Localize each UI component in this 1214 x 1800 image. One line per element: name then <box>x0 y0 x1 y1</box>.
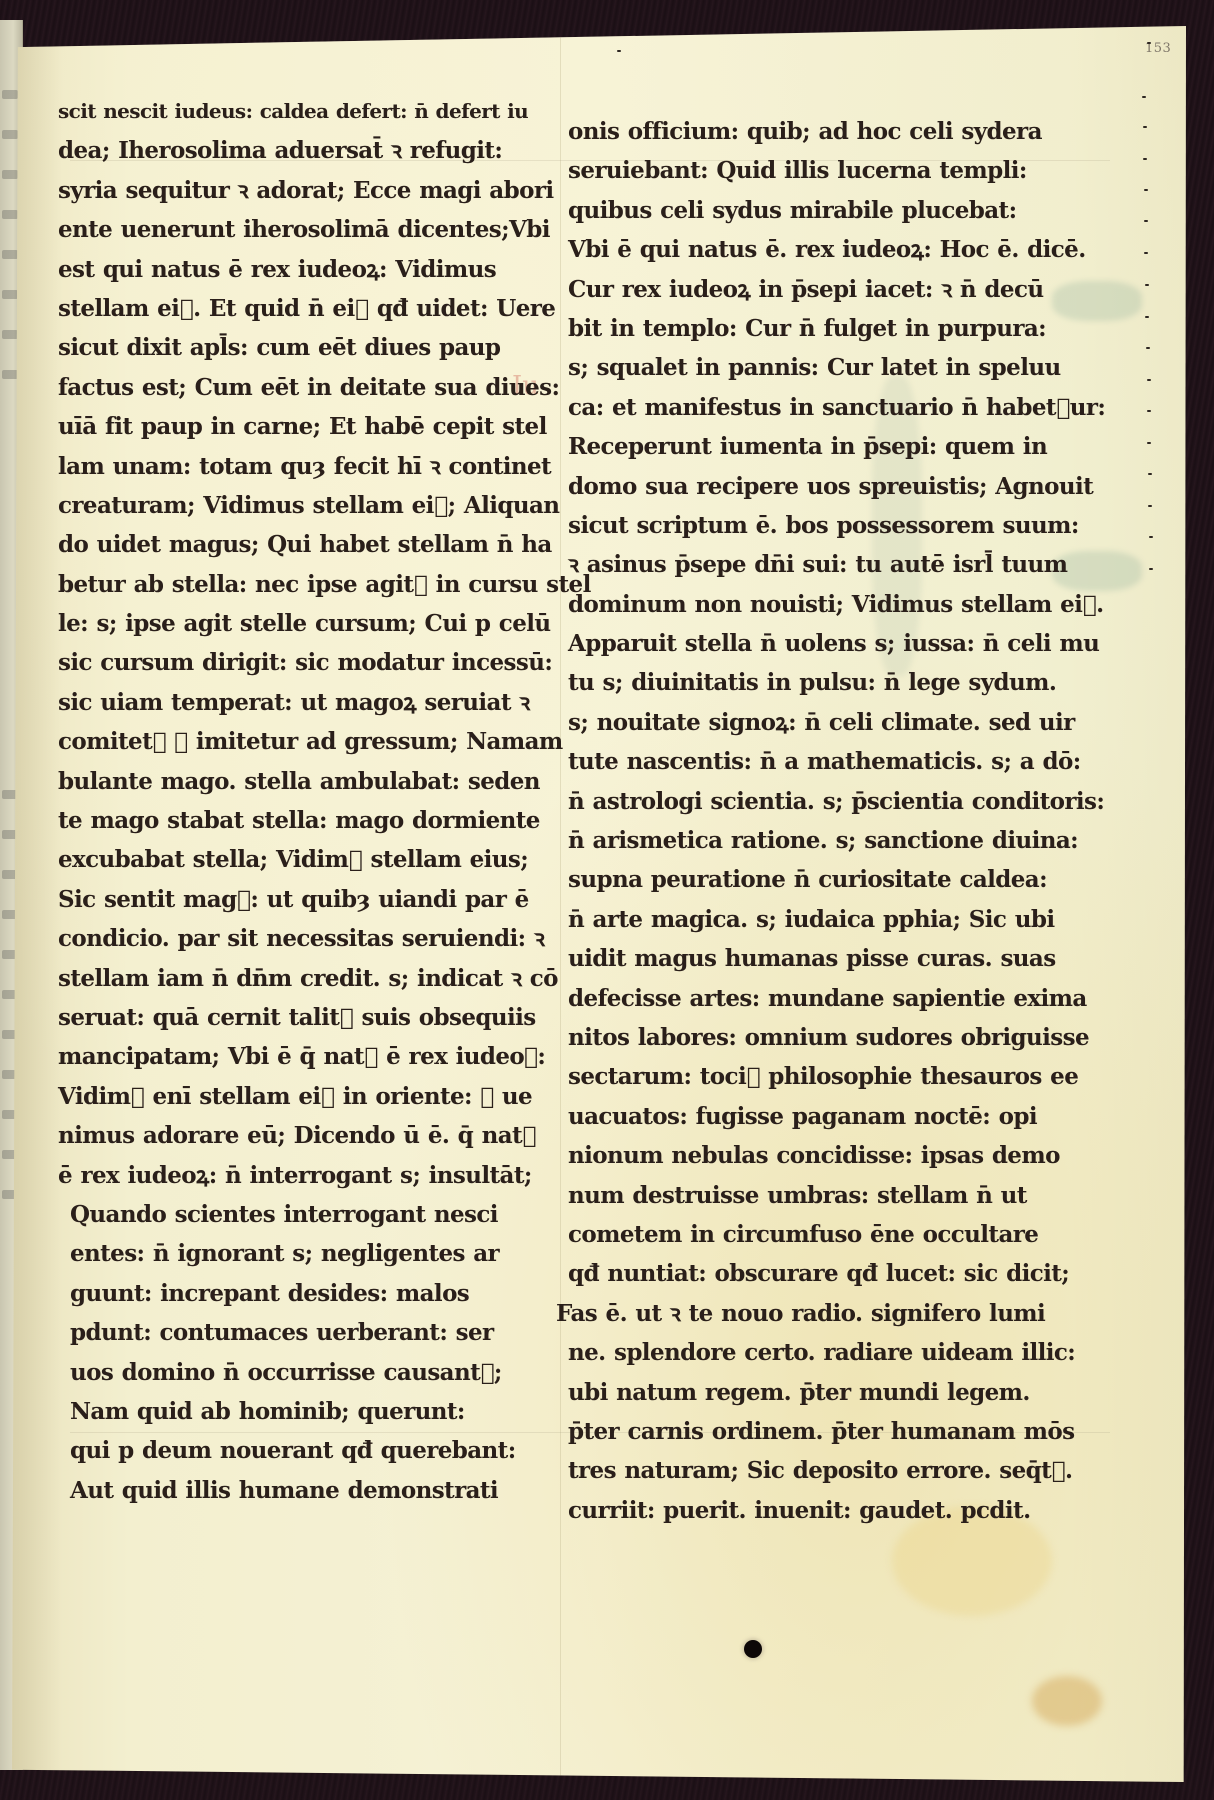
text-line: factus est; Cum eēt in deitate sua diues… <box>58 368 528 407</box>
text-line: sicut dixit apl̄s: cum eēt diues paup <box>58 328 528 367</box>
text-line: Vidim᷒ enī stellam ei᷒ in oriente: ꝛ ue <box>58 1077 528 1116</box>
text-line: tres naturam; Sic deposito errore. seq̄t… <box>556 1451 1056 1490</box>
text-line: onis officium: quib; ad hoc celi sydera <box>556 112 1056 151</box>
text-line: defecisse artes: mundane sapientie exima <box>556 979 1056 1018</box>
pricking-mark <box>1144 252 1148 254</box>
text-line: ubi natum regem. p̄ter mundi legem. <box>556 1373 1056 1412</box>
text-line: cometem in circumfuso ēne occultare <box>556 1215 1056 1254</box>
pricking-mark <box>617 50 621 52</box>
text-line: nitos labores: omnium sudores obriguisse <box>556 1018 1056 1057</box>
text-line: n̄ arte magica. s; iudaica pphia; Sic ub… <box>556 900 1056 939</box>
text-line: p̄ter carnis ordinem. p̄ter humanam mōs <box>556 1412 1056 1451</box>
green-offset-mark <box>1052 281 1142 321</box>
pricking-mark <box>1143 126 1147 128</box>
pricking-mark <box>1144 189 1148 191</box>
text-line: ē rex iudeoꝝ: n̄ interrogant s; insultāt… <box>58 1156 528 1195</box>
text-line: sic cursum dirigit: sic modatur incessū: <box>58 643 528 682</box>
text-line: ca: et manifestus in sanctuario n̄ habet… <box>556 388 1056 427</box>
text-line: s; nouitate signoꝝ: n̄ celi climate. sed… <box>556 703 1056 742</box>
text-line: pdunt: contumaces uerberant: ser <box>58 1313 528 1352</box>
text-line: sic uiam temperat: ut magoꝝ seruiat ꝛ <box>58 683 528 722</box>
pricking-mark <box>1149 568 1153 570</box>
binding-hole <box>744 1640 762 1658</box>
text-line: ꝛ asinus p̄sepe dn̄i sui: tu autē isrl̄ … <box>556 545 1056 584</box>
text-line: s; squalet in pannis: Cur latet in spelu… <box>556 348 1056 387</box>
pricking-mark <box>1143 158 1147 160</box>
show-through-text <box>2 250 18 259</box>
text-line: do uidet magus; Qui habet stellam n̄ ha <box>58 525 528 564</box>
pricking-mark <box>1147 410 1151 412</box>
text-line: tute nascentis: n̄ a mathematicis. s; a … <box>556 742 1056 781</box>
text-line: ne. splendore certo. radiare uideam illi… <box>556 1333 1056 1372</box>
pricking-mark <box>1145 284 1149 286</box>
text-line: Receperunt iumenta in p̄sepi: quem in <box>556 427 1056 466</box>
text-line: supna peuratione n̄ curiositate caldea: <box>556 860 1056 899</box>
text-line: comitet᷒ ꝛ imitetur ad gressum; Namam <box>58 722 528 761</box>
text-line: Cur rex iudeoꝝ in p̄sepi iacet: ꝛ n̄ dec… <box>556 270 1056 309</box>
text-line: Apparuit stella n̄ uolens s; iussa: n̄ c… <box>556 624 1056 663</box>
text-line: guunt: increpant desides: malos <box>58 1274 528 1313</box>
right-text-column: onis officium: quib; ad hoc celi sydera … <box>556 112 1056 1530</box>
text-line: betur ab stella: nec ipse agit᷒ in cursu… <box>58 565 528 604</box>
text-line: Nam quid ab hominib; querunt: <box>58 1392 528 1431</box>
text-line: n̄ arismetica ratione. s; sanctione diui… <box>556 821 1056 860</box>
show-through-text <box>2 90 18 99</box>
show-through-text <box>2 170 18 179</box>
text-line: domo sua recipere uos spreuistis; Agnoui… <box>556 467 1056 506</box>
pricking-mark <box>1148 505 1152 507</box>
gutter-shadow <box>12 26 62 1782</box>
pricking-mark <box>1142 96 1146 98</box>
text-line: Vbi ē qui natus ē. rex iudeoꝝ: Hoc ē. di… <box>556 230 1056 269</box>
pricking-mark <box>1147 42 1151 44</box>
text-line: condicio. par sit necessitas seruiendi: … <box>58 919 528 958</box>
text-line: ente uenerunt iherosolimā dicentes;Vbi <box>58 210 528 249</box>
text-line: uacuatos: fugisse paganam noctē: opi <box>556 1097 1056 1136</box>
text-line: num destruisse umbras: stellam n̄ ut <box>556 1176 1056 1215</box>
show-through-text <box>2 370 18 379</box>
text-line: qđ nuntiat: obscurare qđ lucet: sic dici… <box>556 1254 1056 1293</box>
text-line: seruat: quā cernit talit᷒ suis obsequiis <box>58 998 528 1037</box>
text-line: te mago stabat stella: mago dormiente <box>58 801 528 840</box>
text-line: dea; Iherosolima aduersat̄ ꝛ refugit: <box>58 131 528 170</box>
text-line: dominum non nouisti; Vidimus stellam ei᷒… <box>556 585 1056 624</box>
show-through-text <box>2 210 18 219</box>
text-line: Quando scientes interrogant nesci <box>58 1195 528 1234</box>
text-line: syria sequitur ꝛ adorat; Ecce magi abori <box>58 171 528 210</box>
show-through-text <box>2 130 18 139</box>
text-line: Sic sentit mag᷒: ut quibȝ uiandi par ē <box>58 880 528 919</box>
text-line: quibus celi sydus mirabile plucebat: <box>556 191 1056 230</box>
text-line: curriit: puerit. inuenit: gaudet. pcdit. <box>556 1491 1056 1530</box>
text-line: seruiebant: Quid illis lucerna templi: <box>556 151 1056 190</box>
pricking-mark <box>1146 347 1150 349</box>
text-line: sectarum: toci᷒ philosophie thesauros ee <box>556 1057 1056 1096</box>
show-through-text <box>2 290 18 299</box>
text-line: excubabat stella; Vidim᷒ stellam eius; <box>58 840 528 879</box>
text-line: sicut scriptum ē. bos possessorem suum: <box>556 506 1056 545</box>
pricking-mark <box>1149 536 1153 538</box>
pricking-mark <box>1147 442 1151 444</box>
left-text-column: scit nescit iudeus: caldea defert: n̄ de… <box>58 92 528 1510</box>
text-line: uidit magus humanas pisse curas. suas <box>556 939 1056 978</box>
pricking-mark <box>1147 379 1151 381</box>
text-line: scit nescit iudeus: caldea defert: n̄ de… <box>58 92 528 131</box>
text-line: uos domino n̄ occurrisse causant᷒; <box>58 1353 528 1392</box>
text-line: bulante mago. stella ambulabat: seden <box>58 762 528 801</box>
pricking-mark <box>1144 220 1148 222</box>
text-line: stellam ei᷒. Et quid n̄ ei᷒ qđ uidet: Ue… <box>58 289 528 328</box>
text-line: Aut quid illis humane demonstrati <box>58 1471 528 1510</box>
text-line: bit in templo: Cur n̄ fulget in purpura: <box>556 309 1056 348</box>
text-line: n̄ astrologi scientia. s; p̄scientia con… <box>556 782 1056 821</box>
text-line: mancipatam; Vbi ē q̄ nat᷒ ē rex iudeoꝝ: <box>58 1037 528 1076</box>
show-through-text <box>2 330 18 339</box>
text-line: Fas ē. ut ꝛ te nouo radio. signifero lum… <box>556 1294 1056 1333</box>
text-line: creaturam; Vidimus stellam ei᷒; Aliquan <box>58 486 528 525</box>
text-line: nimus adorare eū; Dicendo ū ē. q̄ nat᷒ <box>58 1116 528 1155</box>
text-line: lam unam: totam quȝ fecit hī ꝛ continet <box>58 447 528 486</box>
text-line: le: s; ipse agit stelle cursum; Cui p ce… <box>58 604 528 643</box>
text-line: stellam iam n̄ dn̄m credit. s; indicat ꝛ… <box>58 959 528 998</box>
pricking-mark <box>1148 473 1152 475</box>
pricking-mark <box>1145 316 1149 318</box>
text-line: uīā fit paup in carne; Et habē cepit ste… <box>58 407 528 446</box>
text-line: nionum nebulas concidisse: ipsas demo <box>556 1136 1056 1175</box>
text-line: entes: n̄ ignorant s; negligentes ar <box>58 1234 528 1273</box>
stain <box>1032 1676 1102 1726</box>
text-line: qui p deum nouerant qđ querebant: <box>58 1431 528 1470</box>
text-line: tu s; diuinitatis in pulsu: n̄ lege sydu… <box>556 663 1056 702</box>
text-line: est qui natus ē rex iudeoꝝ: Vidimus <box>58 250 528 289</box>
